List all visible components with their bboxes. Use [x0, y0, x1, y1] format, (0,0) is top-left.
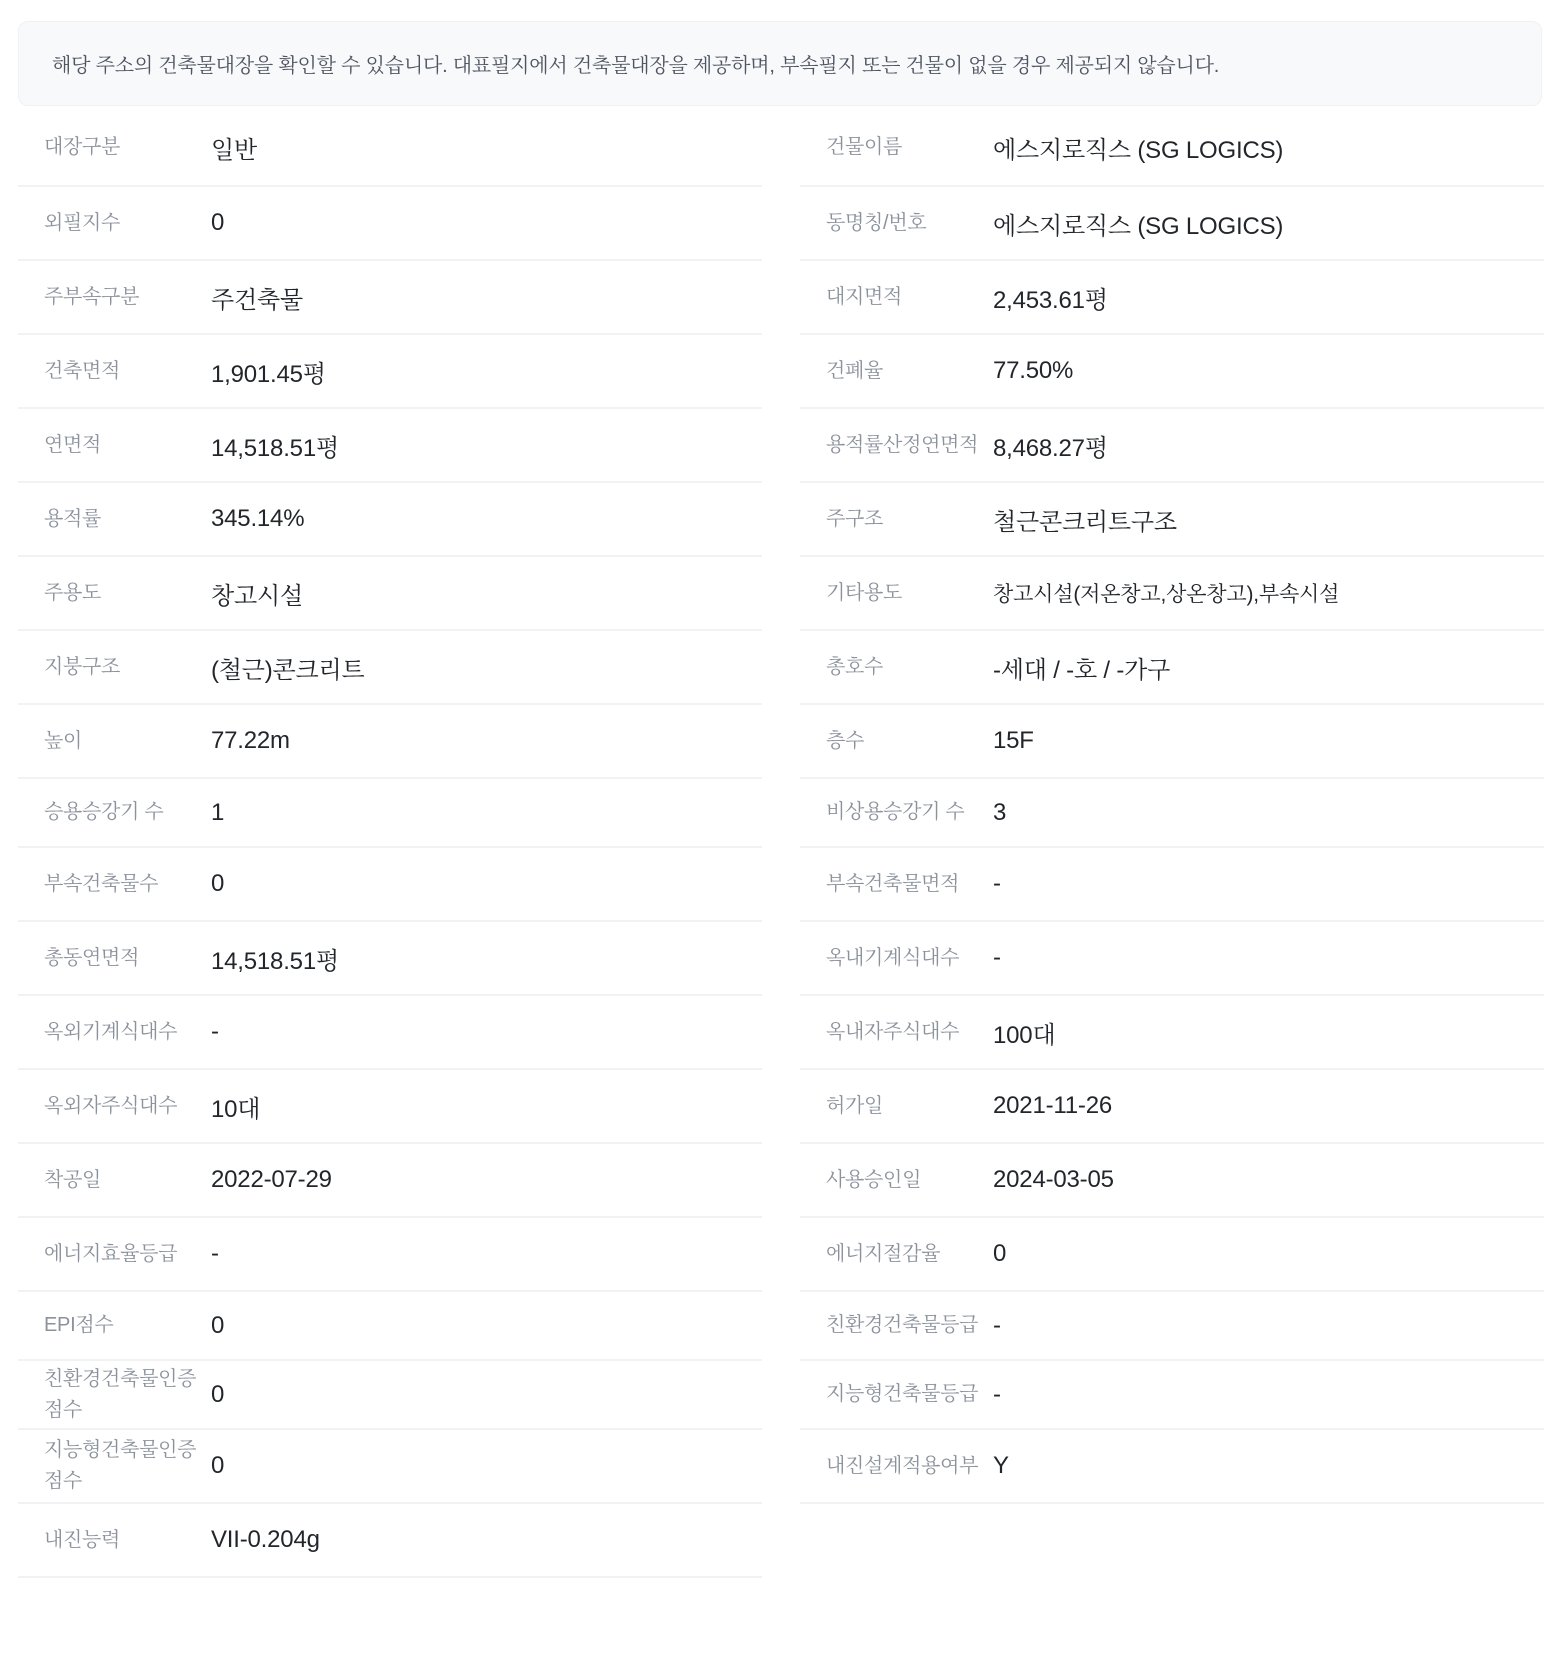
field-value: 77.50% — [993, 357, 1073, 385]
field-label: 옥내자주식대수 — [800, 1017, 993, 1048]
field-value: 일반 — [211, 130, 257, 165]
field-value: 2,453.61평 — [993, 280, 1108, 315]
field-value: 0 — [211, 209, 224, 237]
field-value: 100대 — [993, 1015, 1055, 1050]
field-value: - — [211, 1240, 219, 1268]
info-row-indoor-mech-parking: 옥내기계식대수- — [800, 922, 1544, 996]
field-label: 건축면적 — [18, 356, 211, 387]
field-value: 주건축물 — [211, 280, 303, 315]
field-label: 지붕구조 — [18, 652, 211, 683]
field-label: 허가일 — [800, 1091, 993, 1122]
notice-text: 해당 주소의 건축물대장을 확인할 수 있습니다. 대표필지에서 건축물대장을 … — [52, 49, 1219, 78]
field-value: 0 — [211, 870, 224, 898]
field-value: 창고시설 — [211, 576, 303, 611]
field-label: 용적률산정연면적 — [800, 430, 993, 461]
field-value: 0 — [993, 1240, 1006, 1268]
field-label: 동명칭/번호 — [800, 208, 993, 239]
field-label: 주부속구분 — [18, 282, 211, 313]
field-label: 비상용승강기 수 — [800, 797, 993, 828]
field-value: 10대 — [211, 1089, 260, 1124]
info-row-outdoor-mech-parking: 옥외기계식대수- — [18, 996, 762, 1070]
field-value: 2024-03-05 — [993, 1166, 1114, 1194]
info-row-annex-area: 부속건축물면적- — [800, 848, 1544, 922]
field-label: 대지면적 — [800, 282, 993, 313]
field-value: 15F — [993, 727, 1034, 755]
field-label: 내진설계적용여부 — [800, 1451, 993, 1482]
field-label: 내진능력 — [18, 1525, 211, 1556]
field-label: 에너지절감율 — [800, 1239, 993, 1270]
field-label: 총호수 — [800, 652, 993, 683]
field-value: 8,468.27평 — [993, 428, 1108, 463]
field-value: 0 — [211, 1381, 224, 1409]
info-row-energy-efficiency-grade: 에너지효율등급- — [18, 1218, 762, 1292]
info-row-roof-structure: 지붕구조(철근)콘크리트 — [18, 631, 762, 705]
field-label: 부속건축물수 — [18, 869, 211, 900]
field-label: 사용승인일 — [800, 1165, 993, 1196]
field-value: 0 — [211, 1452, 224, 1480]
field-value: 0 — [211, 1312, 224, 1340]
field-value: 1 — [211, 799, 224, 827]
field-value: 77.22m — [211, 727, 290, 755]
field-label: 지능형건축물인증점수 — [18, 1435, 211, 1497]
field-label: 옥외기계식대수 — [18, 1017, 211, 1048]
field-value: VII-0.204g — [211, 1526, 320, 1554]
info-row-building-area: 건축면적1,901.45평 — [18, 335, 762, 409]
field-label: 용적률 — [18, 504, 211, 535]
info-row-permit-date: 허가일2021-11-26 — [800, 1070, 1544, 1144]
right-column: 건물이름에스지로직스 (SG LOGICS) 동명칭/번호에스지로직스 (SG … — [800, 109, 1544, 1578]
info-row-annex-count: 부속건축물수0 — [18, 848, 762, 922]
field-label: 총동연면적 — [18, 943, 211, 974]
info-row-height: 높이77.22m — [18, 705, 762, 779]
info-row-far-calc-area: 용적률산정연면적8,468.27평 — [800, 409, 1544, 483]
field-value: 14,518.51평 — [211, 428, 339, 463]
info-row-total-units: 총호수-세대 / -호 / -가구 — [800, 631, 1544, 705]
field-label: 건물이름 — [800, 132, 993, 163]
info-row-total-dong-area: 총동연면적14,518.51평 — [18, 922, 762, 996]
field-label: 대장구분 — [18, 132, 211, 163]
info-row-seismic-capacity: 내진능력VII-0.204g — [18, 1504, 762, 1578]
field-value: 에스지로직스 (SG LOGICS) — [993, 130, 1283, 165]
field-label: 주용도 — [18, 578, 211, 609]
info-row-floors: 층수15F — [800, 705, 1544, 779]
field-label: 건폐율 — [800, 356, 993, 387]
info-row-smart-cert-score: 지능형건축물인증점수0 — [18, 1430, 762, 1504]
info-row-register-type: 대장구분일반 — [18, 109, 762, 187]
field-label: 부속건축물면적 — [800, 869, 993, 900]
field-value: 2021-11-26 — [993, 1092, 1112, 1120]
field-label: EPI점수 — [18, 1310, 211, 1341]
info-row-building-name: 건물이름에스지로직스 (SG LOGICS) — [800, 109, 1544, 187]
info-row-floor-area-ratio: 용적률345.14% — [18, 483, 762, 557]
field-label: 지능형건축물등급 — [800, 1379, 993, 1410]
info-row-main-use: 주용도창고시설 — [18, 557, 762, 631]
info-row-dong-name: 동명칭/번호에스지로직스 (SG LOGICS) — [800, 187, 1544, 261]
field-value: Y — [993, 1452, 1009, 1480]
field-value: 3 — [993, 799, 1006, 827]
info-row-building-coverage: 건폐율77.50% — [800, 335, 1544, 409]
field-value: - — [993, 870, 1001, 898]
field-value: -세대 / -호 / -가구 — [993, 650, 1170, 685]
info-row-indoor-self-parking: 옥내자주식대수100대 — [800, 996, 1544, 1070]
info-row-epi-score: EPI점수0 — [18, 1292, 762, 1361]
field-value: - — [211, 1018, 219, 1046]
building-register-page: 해당 주소의 건축물대장을 확인할 수 있습니다. 대표필지에서 건축물대장을 … — [0, 0, 1562, 1578]
field-label: 친환경건축물등급 — [800, 1310, 993, 1341]
info-row-other-uses: 기타용도창고시설(저온창고,상온창고),부속시설 — [800, 557, 1544, 631]
field-value: 1,901.45평 — [211, 354, 326, 389]
field-value: 345.14% — [211, 505, 304, 533]
field-label: 기타용도 — [800, 578, 993, 609]
field-value: (철근)콘크리트 — [211, 650, 365, 685]
left-column: 대장구분일반 외필지수0 주부속구분주건축물 건축면적1,901.45평 연면적… — [18, 109, 762, 1578]
field-value: - — [993, 1381, 1001, 1409]
field-label: 에너지효율등급 — [18, 1239, 211, 1270]
info-row-seismic-design-applied: 내진설계적용여부Y — [800, 1430, 1544, 1504]
field-value: 2022-07-29 — [211, 1166, 332, 1194]
info-row-emergency-elevators: 비상용승강기 수3 — [800, 779, 1544, 848]
field-label: 승용승강기 수 — [18, 797, 211, 828]
info-row-smart-building-grade: 지능형건축물등급- — [800, 1361, 1544, 1430]
info-row-green-cert-score: 친환경건축물인증점수0 — [18, 1361, 762, 1430]
info-row-outdoor-self-parking: 옥외자주식대수10대 — [18, 1070, 762, 1144]
info-row-passenger-elevators: 승용승강기 수1 — [18, 779, 762, 848]
info-row-total-floor-area: 연면적14,518.51평 — [18, 409, 762, 483]
field-label: 연면적 — [18, 430, 211, 461]
field-value: 14,518.51평 — [211, 941, 339, 976]
field-label: 외필지수 — [18, 208, 211, 239]
field-label: 층수 — [800, 726, 993, 757]
info-row-site-area: 대지면적2,453.61평 — [800, 261, 1544, 335]
field-label: 주구조 — [800, 504, 993, 535]
info-row-construction-start: 착공일2022-07-29 — [18, 1144, 762, 1218]
info-notice: 해당 주소의 건축물대장을 확인할 수 있습니다. 대표필지에서 건축물대장을 … — [18, 21, 1542, 106]
info-row-main-annex-type: 주부속구분주건축물 — [18, 261, 762, 335]
field-value: 에스지로직스 (SG LOGICS) — [993, 206, 1283, 241]
field-label: 친환경건축물인증점수 — [18, 1364, 211, 1426]
field-label: 착공일 — [18, 1165, 211, 1196]
field-value: 철근콘크리트구조 — [993, 502, 1177, 537]
building-info-grid: 대장구분일반 외필지수0 주부속구분주건축물 건축면적1,901.45평 연면적… — [18, 109, 1544, 1578]
info-row-main-structure: 주구조철근콘크리트구조 — [800, 483, 1544, 557]
field-label: 옥외자주식대수 — [18, 1091, 211, 1122]
field-value: 창고시설(저온창고,상온창고),부속시설 — [993, 578, 1339, 608]
field-value: - — [993, 944, 1001, 972]
info-row-energy-saving-rate: 에너지절감율0 — [800, 1218, 1544, 1292]
info-row-outside-lots: 외필지수0 — [18, 187, 762, 261]
field-label: 높이 — [18, 726, 211, 757]
info-row-green-building-grade: 친환경건축물등급- — [800, 1292, 1544, 1361]
info-row-approval-date: 사용승인일2024-03-05 — [800, 1144, 1544, 1218]
field-value: - — [993, 1312, 1001, 1340]
field-label: 옥내기계식대수 — [800, 943, 993, 974]
